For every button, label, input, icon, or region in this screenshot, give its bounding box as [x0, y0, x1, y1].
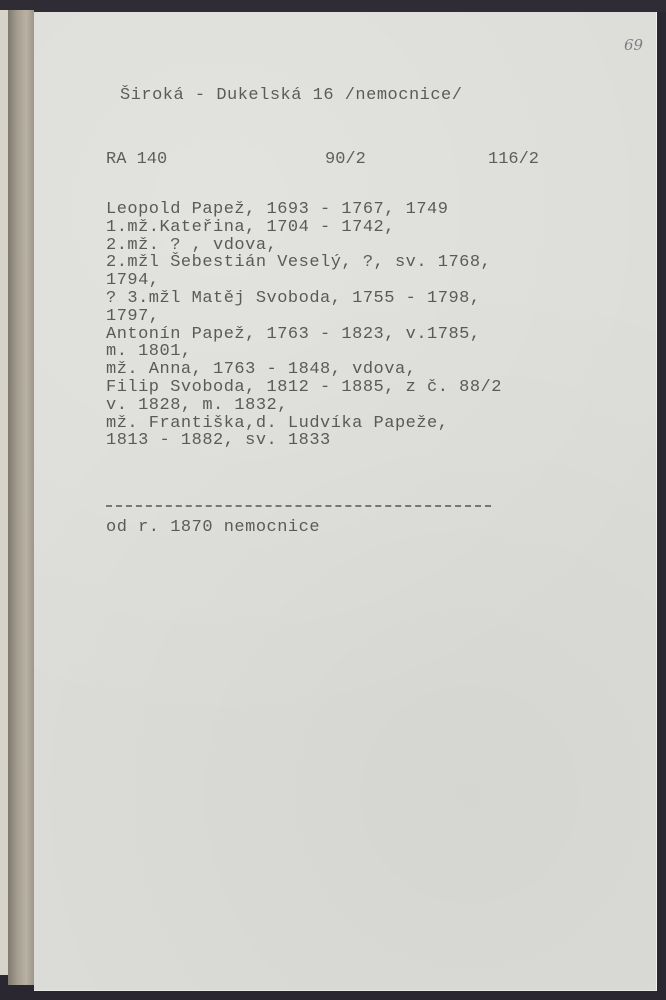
reference-ra: RA 140	[106, 150, 167, 169]
entry-line: ? 3.mžl Matěj Svoboda, 1755 - 1798,	[106, 290, 502, 308]
reference-house-number-old: 90/2	[325, 150, 366, 169]
entry-line: 2.mžl Šebestián Veselý, ?, sv. 1768,	[106, 254, 502, 272]
entry-line: v. 1828, m. 1832,	[106, 397, 502, 415]
footer-note: od r. 1870 nemocnice	[106, 518, 320, 537]
entry-line: m. 1801,	[106, 343, 502, 361]
entry-line: mž. Anna, 1763 - 1848, vdova,	[106, 361, 502, 379]
handwritten-page-number: 69	[624, 36, 643, 54]
entry-line: 1.mž.Kateřina, 1704 - 1742,	[106, 219, 502, 237]
genealogy-entries: Leopold Papež, 1693 - 1767, 1749 1.mž.Ka…	[106, 201, 502, 450]
entry-line: Filip Svoboda, 1812 - 1885, z č. 88/2	[106, 379, 502, 397]
entry-line: 1797,	[106, 308, 502, 326]
entry-line: 2.mž. ? , vdova,	[106, 237, 502, 255]
entry-line: Antonín Papež, 1763 - 1823, v.1785,	[106, 326, 502, 344]
page-title: Široká - Dukelská 16 /nemocnice/	[120, 86, 462, 105]
entry-line: mž. Františka,d. Ludvíka Papeže,	[106, 415, 502, 433]
entry-line: 1794,	[106, 272, 502, 290]
entry-line: Leopold Papež, 1693 - 1767, 1749	[106, 201, 502, 219]
dashed-divider	[106, 505, 491, 507]
entry-line: 1813 - 1882, sv. 1833	[106, 432, 502, 450]
reference-house-number-new: 116/2	[488, 150, 539, 169]
scanner-border-top	[0, 0, 666, 12]
binding-strip	[8, 10, 34, 985]
adjacent-page-edge	[0, 10, 8, 975]
